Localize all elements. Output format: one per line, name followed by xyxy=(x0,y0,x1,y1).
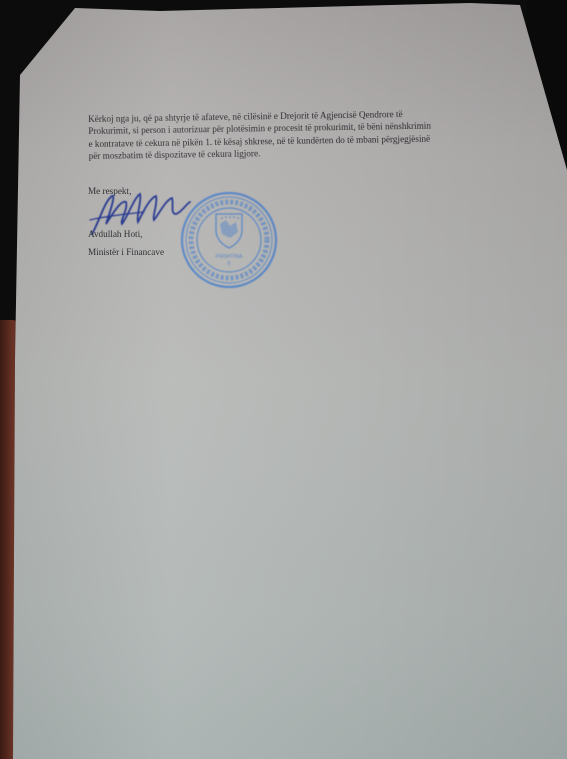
coat-of-arms-icon xyxy=(216,214,242,248)
body-line: Prokurimit, si person i autorizuar për p… xyxy=(88,119,498,138)
handwritten-signature xyxy=(86,190,196,240)
closing-salutation: Me respekt, xyxy=(88,186,131,196)
stamp-mark: 8 xyxy=(228,261,231,267)
body-line: për moszbatim të dispozitave të cekura l… xyxy=(89,144,499,163)
document-page: Kërkoj nga ju, që pa shtyrje të afateve,… xyxy=(0,0,567,759)
body-line: Kërkoj nga ju, që pa shtyrje të afateve,… xyxy=(88,107,498,126)
photo-scene: Kërkoj nga ju, që pa shtyrje të afateve,… xyxy=(0,0,567,759)
signer-name: Avdullah Hoti, xyxy=(88,229,142,239)
stamp-city: PRISHTINA xyxy=(216,254,243,260)
body-paragraph: Kërkoj nga ju, që pa shtyrje të afateve,… xyxy=(88,107,499,163)
signer-title: Ministër i Financave xyxy=(88,247,164,257)
official-stamp: PRISHTINA 8 xyxy=(178,190,280,290)
body-line: e kontratave të cekura në pikën 1. të kë… xyxy=(88,131,498,150)
